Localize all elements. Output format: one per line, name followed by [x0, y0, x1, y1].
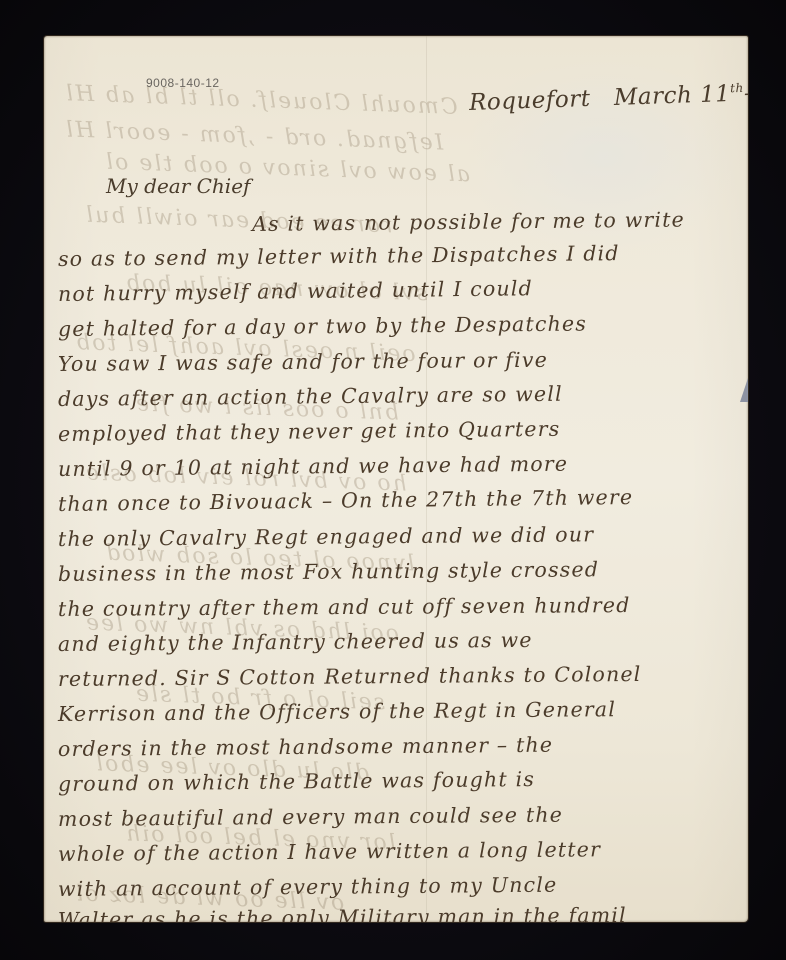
body-line: orders in the most handsome manner – the [58, 733, 553, 761]
body-line: As it was not possible for me to write [252, 207, 685, 236]
dateline-place: Roquefort [469, 86, 591, 116]
body-line: returned. Sir S Cotton Returned thanks t… [58, 662, 642, 691]
letter-salutation: My dear Chief [106, 174, 250, 198]
body-line: than once to Bivouack – On the 27th the … [58, 485, 634, 516]
body-line: until 9 or 10 at night and we have had m… [58, 452, 568, 481]
body-line: with an account of every thing to my Unc… [58, 873, 558, 901]
body-line: Kerrison and the Officers of the Regt in… [58, 697, 616, 726]
archive-reference-number: 9008-140-12 [146, 76, 220, 90]
body-line: ground on which the Battle was fought is [58, 767, 535, 796]
body-line: get halted for a day or two by the Despa… [58, 311, 587, 341]
body-line: whole of the action I have written a lon… [58, 837, 601, 866]
body-line: and eighty the Infantry cheered us as we [58, 628, 533, 656]
body-line: You saw I was safe and for the four or f… [58, 348, 548, 376]
body-line: not hurry myself and waited until I coul… [58, 276, 533, 306]
body-line: the only Cavalry Regt engaged and we did… [58, 522, 594, 551]
body-line: most beautiful and every man could see t… [58, 803, 563, 831]
body-line: the country after them and cut off seven… [58, 593, 631, 621]
letter-page: Cmouhl Clouelf. oll tl bl ab Hl Iefgnad.… [44, 36, 748, 922]
body-line: days after an action the Cavalry are so … [58, 382, 563, 411]
body-line: business in the most Fox hunting style c… [58, 557, 599, 586]
dateline-date-suffix: th [730, 81, 744, 95]
body-line: employed that they never get into Quarte… [58, 417, 561, 446]
body-line: so as to send my letter with the Dispatc… [58, 241, 620, 271]
dateline-date: March 11 [613, 81, 730, 111]
body-line: Walter as he is the only Military man in… [58, 903, 627, 922]
torn-edge-corner [740, 372, 748, 402]
